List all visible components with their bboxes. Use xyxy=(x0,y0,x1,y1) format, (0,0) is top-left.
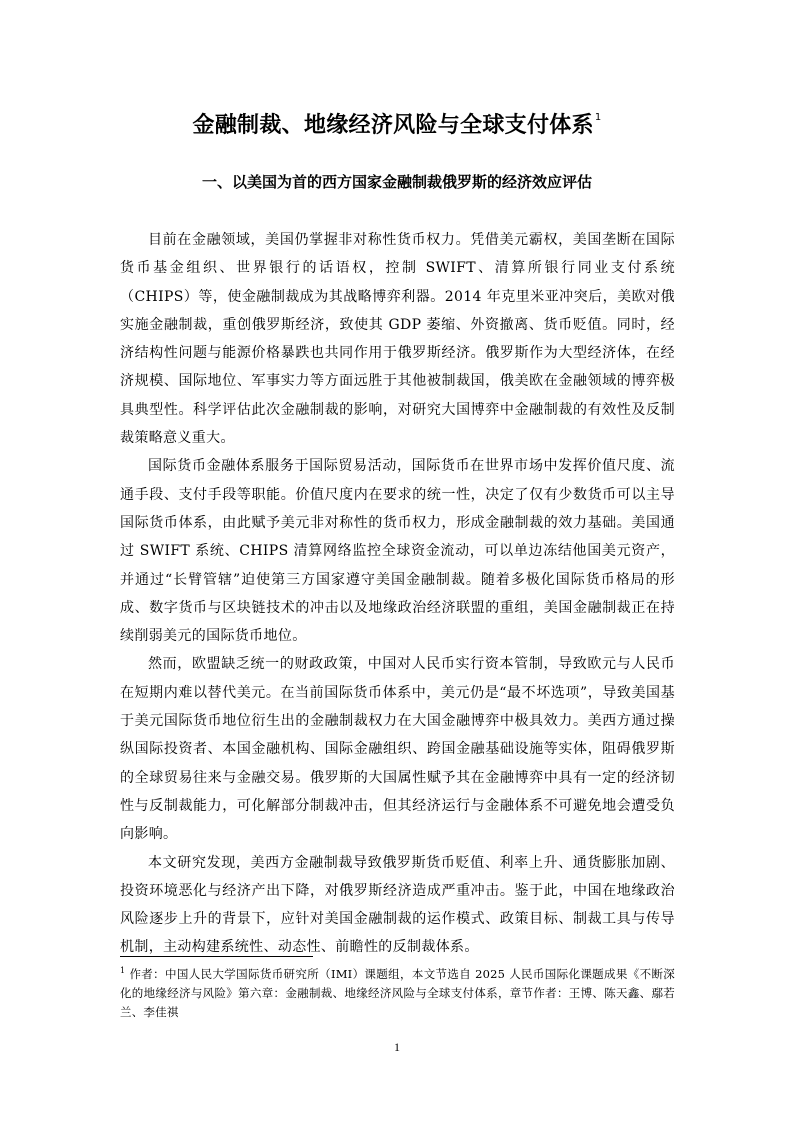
paragraph-2: 国际货币金融体系服务于国际贸易活动，国际货币在世界市场中发挥价值尺度、流通手段、… xyxy=(120,452,675,650)
title-footnote-marker[interactable]: 1 xyxy=(595,112,602,123)
footnote-marker: 1 xyxy=(120,966,125,975)
document-page: 金融制裁、地缘经济风险与全球支付体系1 一、以美国为首的西方国家金融制裁俄罗斯的… xyxy=(0,0,794,1123)
footnote-divider xyxy=(120,956,313,957)
paragraph-1: 目前在金融领域，美国仍掌握非对称性货币权力。凭借美元霸权，美国垄断在国际货币基金… xyxy=(120,226,675,452)
document-title: 金融制裁、地缘经济风险与全球支付体系1 xyxy=(0,103,794,141)
footnote-text: 作者：中国人民大学国际货币研究所（IMI）课题组，本文节选自 2025 人民币国… xyxy=(120,967,675,1019)
title-text: 金融制裁、地缘经济风险与全球支付体系 xyxy=(192,113,593,138)
body-text: 目前在金融领域，美国仍掌握非对称性货币权力。凭借美元霸权，美国垄断在国际货币基金… xyxy=(120,226,675,962)
paragraph-3: 然而，欧盟缺乏统一的财政政策，中国对人民币实行资本管制，导致欧元与人民币在短期内… xyxy=(120,650,675,848)
page-number: 1 xyxy=(0,1040,794,1055)
section-heading: 一、以美国为首的西方国家金融制裁俄罗斯的经济效应评估 xyxy=(0,170,794,194)
footnote: 1作者：中国人民大学国际货币研究所（IMI）课题组，本文节选自 2025 人民币… xyxy=(120,961,675,1022)
paragraph-4: 本文研究发现，美西方金融制裁导致俄罗斯货币贬值、利率上升、通货膨胀加剧、投资环境… xyxy=(120,849,675,962)
